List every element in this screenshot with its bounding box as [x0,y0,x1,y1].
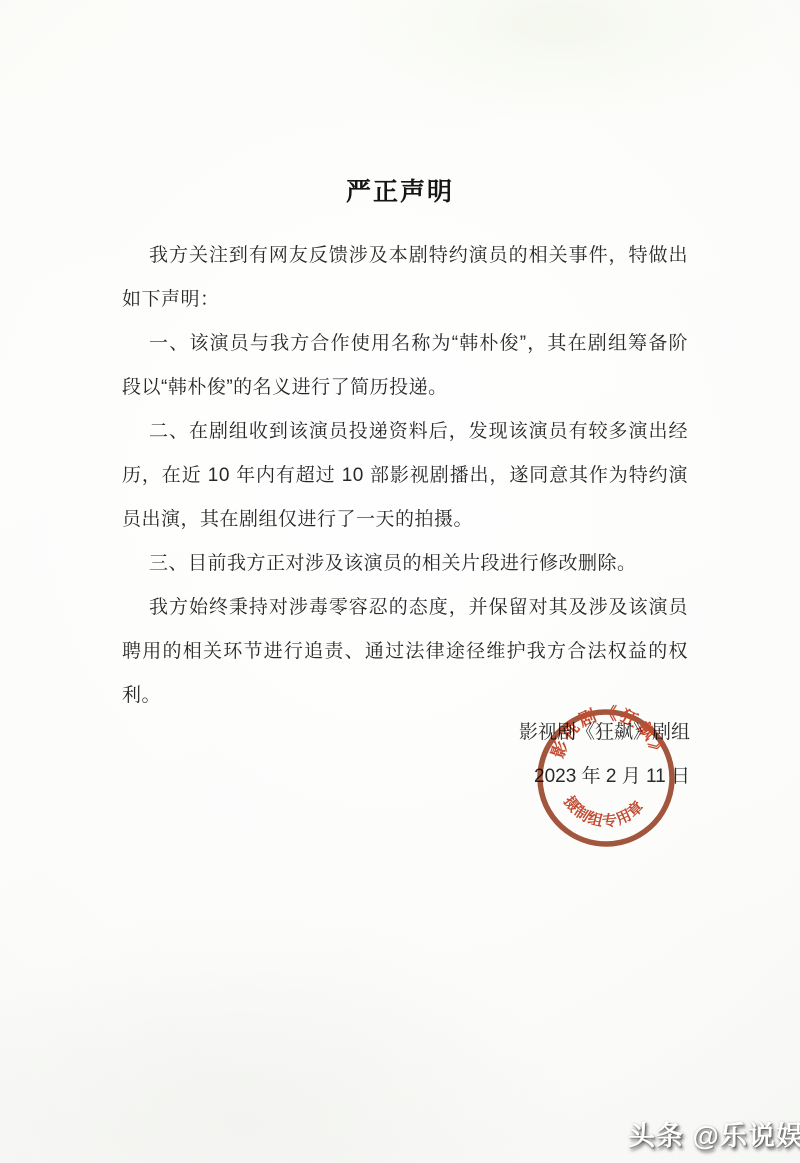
stamp-ring [530,702,681,853]
page-title: 严正声明 [0,172,800,208]
watermark-label: 头条 @乐说娱圈 [628,1114,800,1153]
statement-body: 我方关注到有网友反馈涉及本剧特约演员的相关事件，特做出如下声明： 一、该演员与我… [122,234,688,718]
statement-paragraph-1: 一、该演员与我方合作使用名称为“韩朴俊”，其在剧组筹备阶段以“韩朴俊”的名义进行… [122,322,688,410]
statement-paragraph-3: 三、目前我方正对涉及该演员的相关片段进行修改删除。 [122,542,688,586]
stamp-bottom-text: 摄制组专用章 [557,785,650,837]
stamp-arc-text: 影视剧《狂飙》 [547,694,677,776]
svg-text:影视剧《狂飙》: 影视剧《狂飙》 [547,694,677,776]
official-stamp-icon: 影视剧《狂飙》 摄制组专用章 [516,688,697,869]
statement-photo-page: { "doc": { "title": "严正声明", "paragraphs"… [0,0,800,1163]
statement-intro-paragraph: 我方关注到有网友反馈涉及本剧特约演员的相关事件，特做出如下声明： [122,234,688,322]
statement-paragraph-2: 二、在剧组收到该演员投递资料后，发现该演员有较多演出经历，在近 10 年内有超过… [122,410,688,542]
svg-text:摄制组专用章: 摄制组专用章 [557,785,650,837]
